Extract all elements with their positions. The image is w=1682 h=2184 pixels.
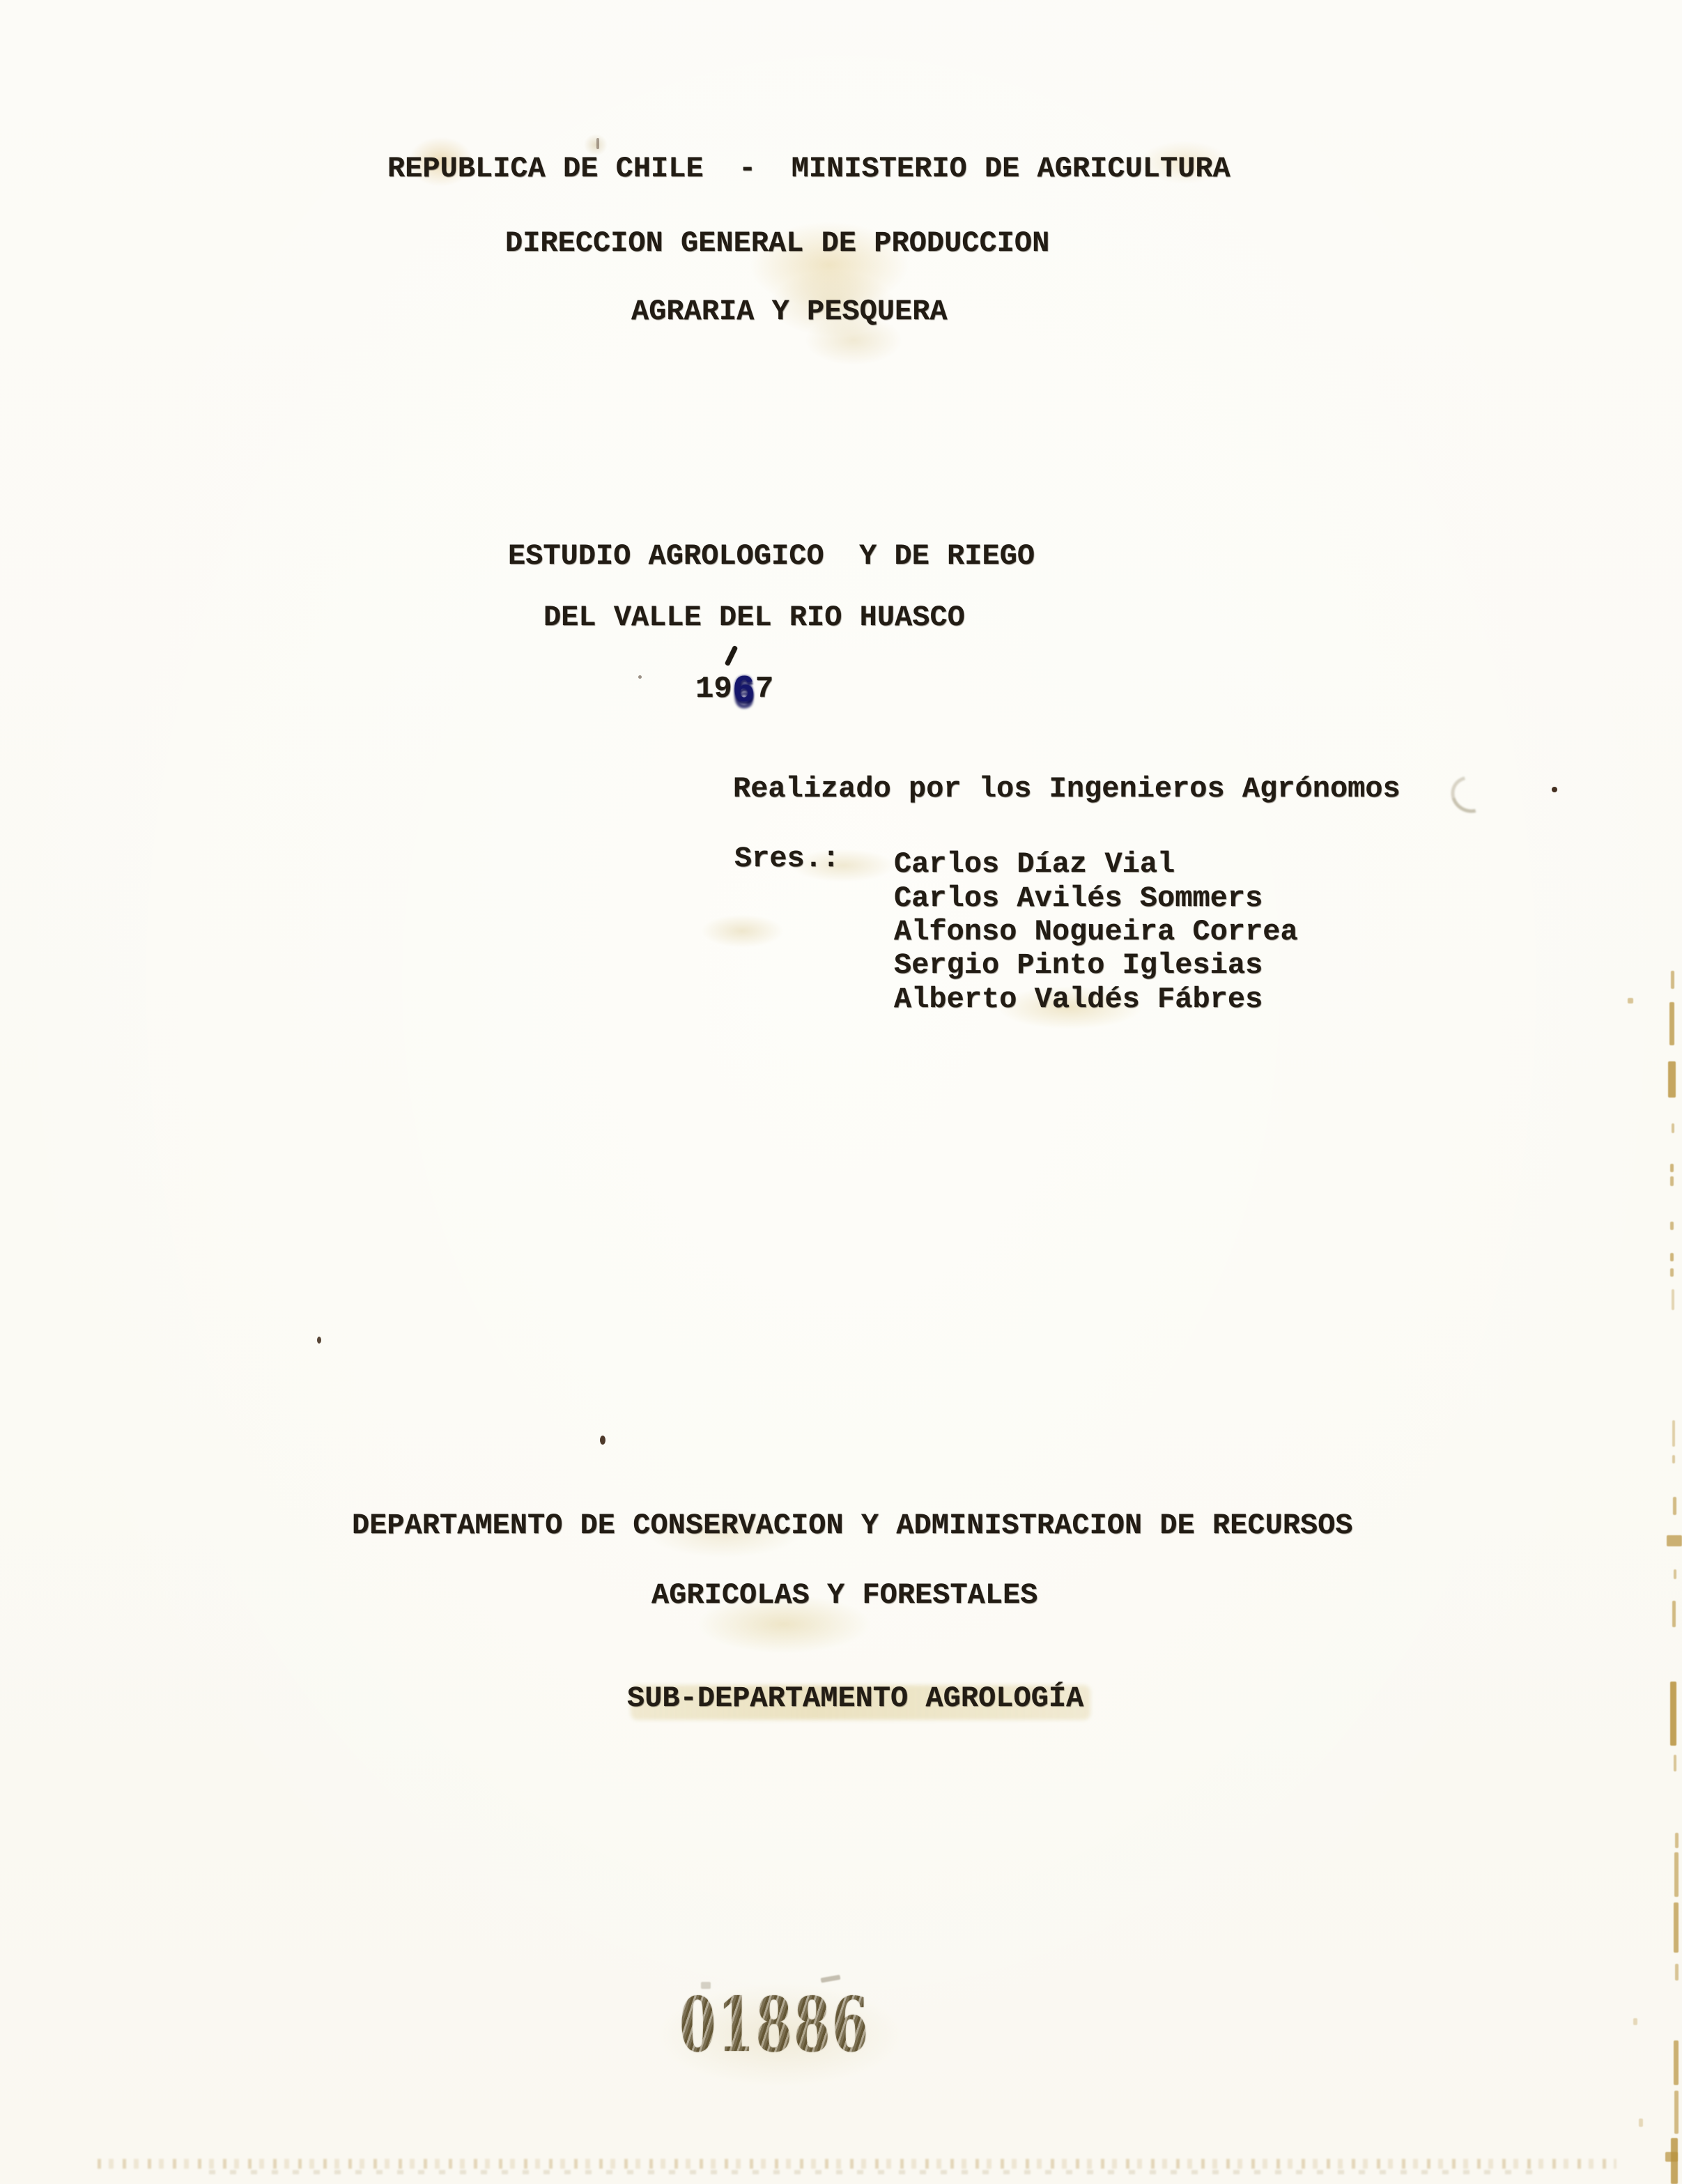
page-edge-mark	[1670, 1253, 1674, 1261]
credit-line: Realizado por los Ingenieros Agrónomos	[733, 771, 1401, 806]
page-edge-mark	[1673, 1497, 1676, 1515]
year-suffix: 7	[755, 672, 773, 707]
page-edge-mark	[1674, 1569, 1676, 1579]
page-edge-mark	[1672, 1601, 1676, 1627]
page-edge-mark	[1674, 2091, 1679, 2134]
sub-department-line: SUB-DEPARTAMENTO AGROLOGÍA	[627, 1681, 1083, 1716]
pencil-ghost-mark	[821, 1975, 841, 1983]
year-prefix: 19	[695, 672, 732, 707]
page-edge-mark	[1672, 1123, 1674, 1133]
year-line: 1967	[695, 664, 773, 710]
page-edge-mark	[1670, 1268, 1674, 1277]
title-line-1: ESTUDIO AGROLOGICO Y DE RIEGO	[508, 539, 1035, 574]
page-edge-mark	[1670, 1176, 1674, 1186]
page-edge-mark	[1672, 1420, 1675, 1447]
page-edge-mark	[1668, 1061, 1676, 1098]
author-name: Sergio Pinto Iglesias	[894, 948, 1263, 983]
org-line-agraria: AGRARIA Y PESQUERA	[631, 294, 948, 329]
author-name: Alfonso Nogueira Correa	[894, 914, 1298, 949]
paper-stain	[700, 914, 784, 948]
page-bottom-edge	[209, 2170, 1533, 2174]
page-edge-mark	[1669, 1002, 1674, 1045]
page-edge-mark	[1639, 2118, 1643, 2127]
page-edge-mark	[1675, 1833, 1679, 1848]
ink-speck	[596, 138, 599, 149]
year-overstrike-mark	[725, 645, 738, 666]
page-edge-mark	[1674, 1852, 1679, 1897]
author-name: Alberto Valdés Fábres	[894, 982, 1263, 1017]
author-name: Carlos Avilés Sommers	[894, 881, 1263, 916]
smudge-mark	[1444, 769, 1496, 820]
department-line-1: DEPARTAMENTO DE CONSERVACION Y ADMINISTR…	[352, 1508, 1353, 1543]
org-line-direccion: DIRECCION GENERAL DE PRODUCCION	[505, 226, 1049, 261]
ink-speck	[1552, 787, 1557, 792]
page-edge-mark	[1672, 1455, 1675, 1463]
page-edge-mark	[1674, 2040, 1679, 2085]
page-edge-mark	[1675, 1964, 1679, 1981]
author-name: Carlos Díaz Vial	[894, 847, 1175, 882]
page-edge-mark	[1674, 1755, 1676, 1771]
ink-speck	[317, 1337, 321, 1344]
page-edge-mark	[1670, 1682, 1676, 1746]
department-line-2: AGRICOLAS Y FORESTALES	[651, 1578, 1038, 1613]
page-edge-mark	[1665, 2152, 1678, 2162]
scanned-title-page: REPUBLICA DE CHILE - MINISTERIO DE AGRIC…	[0, 0, 1682, 2184]
page-edge-mark	[1674, 1902, 1679, 1953]
page-edge-mark	[1670, 1164, 1674, 1172]
page-bottom-edge	[98, 2159, 1617, 2169]
page-edge-mark	[1628, 998, 1633, 1003]
page-edge-mark	[1633, 2018, 1637, 2025]
page-edge-mark	[1671, 971, 1674, 989]
ink-speck	[600, 1436, 605, 1445]
title-line-2: DEL VALLE DEL RIO HUASCO	[543, 600, 965, 635]
org-line-republic: REPUBLICA DE CHILE - MINISTERIO DE AGRIC…	[387, 151, 1230, 186]
authors-label: Sres.:	[734, 841, 840, 876]
year-corrected-digit: 6	[732, 669, 755, 713]
stamp-number: 01886	[679, 1987, 870, 2063]
page-edge-mark	[1672, 1289, 1674, 1310]
page-edge-mark	[1670, 1222, 1674, 1230]
pencil-ghost-mark	[701, 1982, 711, 1989]
ink-speck	[638, 675, 642, 679]
page-edge-mark	[1667, 1535, 1682, 1546]
